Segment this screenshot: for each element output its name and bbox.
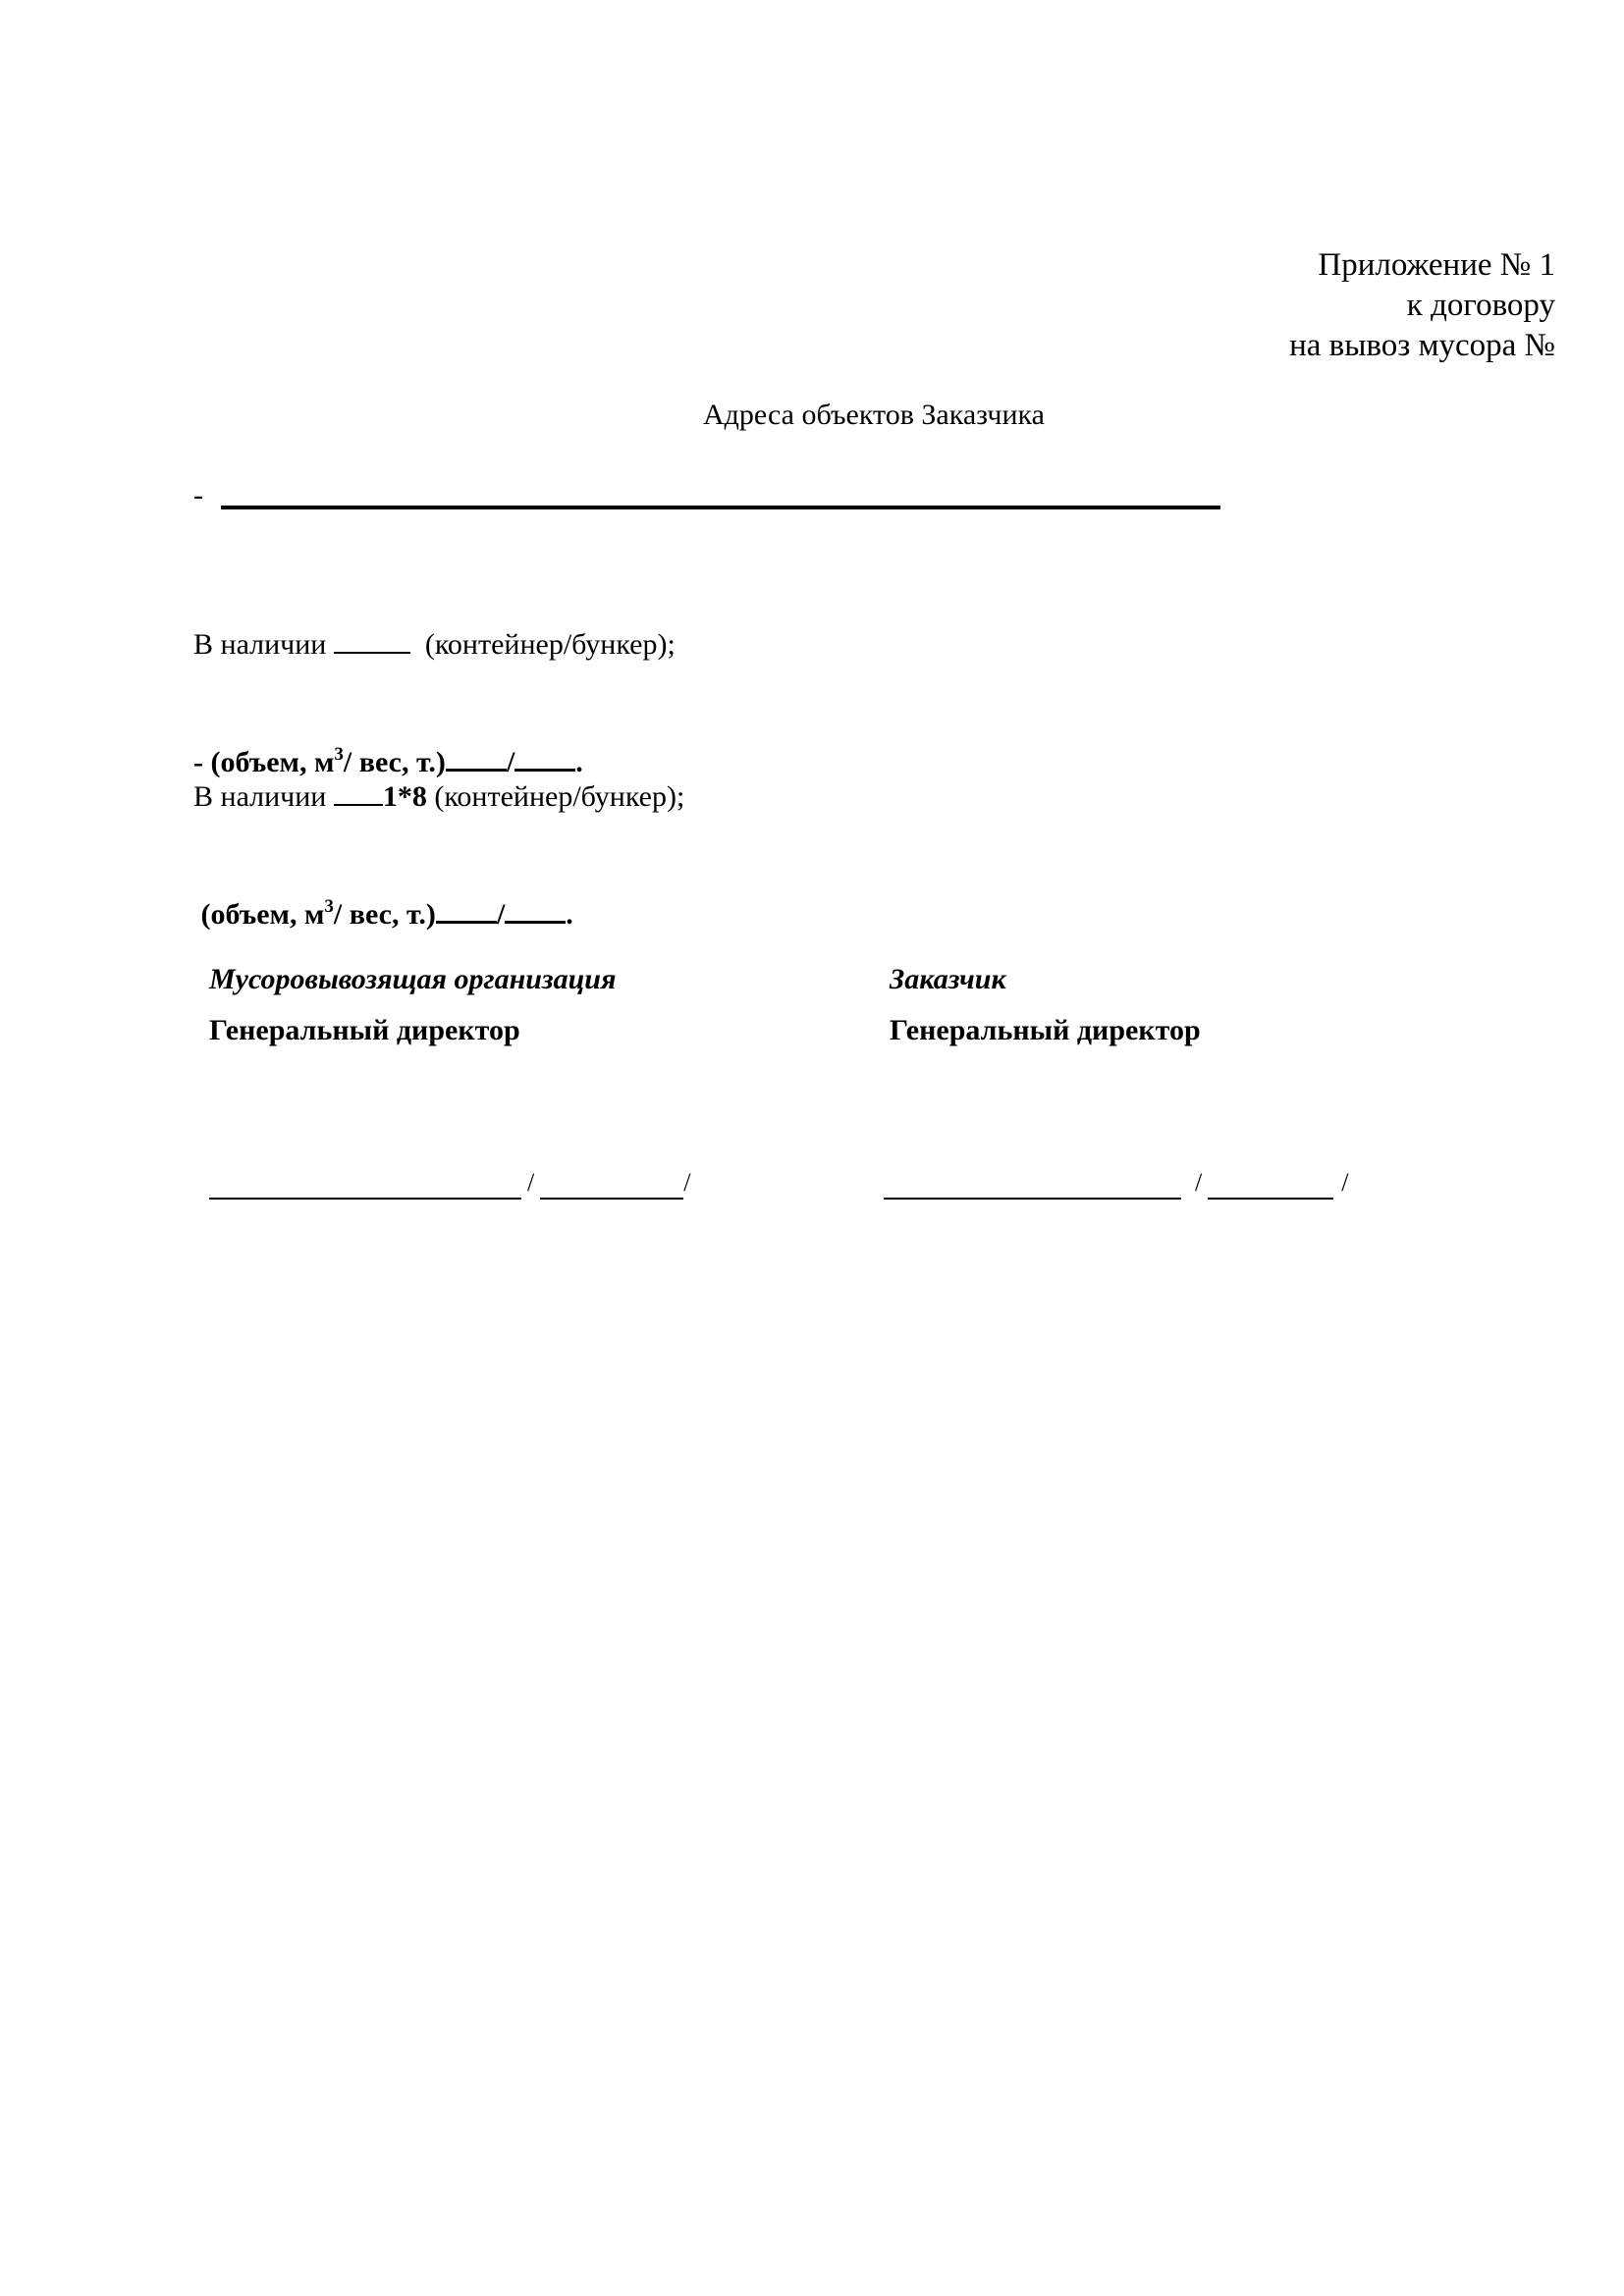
quantity-blank[interactable] bbox=[334, 780, 383, 806]
customer-position: Генеральный директор bbox=[890, 1011, 1201, 1050]
container-type-label: (контейнер/бункер); bbox=[425, 628, 676, 661]
separator: / bbox=[527, 1170, 534, 1196]
customer-signature-field[interactable] bbox=[884, 1198, 1181, 1200]
period: . bbox=[566, 898, 573, 931]
availability-line: В наличии 1*8 (контейнер/бункер); bbox=[193, 777, 684, 817]
separator: / bbox=[497, 898, 505, 931]
signature-block-carrier: Мусоровывозящая организация Генеральный … bbox=[209, 960, 616, 1050]
container-type-label: (контейнер/бункер); bbox=[434, 780, 684, 813]
customer-role: Заказчик bbox=[890, 960, 1201, 999]
quantity-value: 1*8 bbox=[383, 780, 427, 813]
carrier-position: Генеральный директор bbox=[209, 1011, 616, 1050]
address-row: - bbox=[193, 478, 1220, 513]
separator: / bbox=[1195, 1170, 1202, 1196]
separator-end: / bbox=[683, 1170, 690, 1196]
weight-label: / вес, т.) bbox=[334, 898, 436, 931]
customer-signature-line: / / bbox=[884, 1174, 1354, 1200]
availability-line: В наличии (контейнер/бункер); bbox=[193, 625, 676, 665]
customer-name-field[interactable] bbox=[1208, 1198, 1333, 1200]
carrier-signature-field[interactable] bbox=[209, 1198, 521, 1200]
appendix-header: Приложение № 1 к договору на вывоз мусор… bbox=[1289, 245, 1555, 366]
quantity-field[interactable] bbox=[334, 628, 410, 654]
appendix-number: Приложение № 1 bbox=[1289, 245, 1555, 286]
address-dash: - bbox=[193, 478, 203, 513]
carrier-signature-line: / / bbox=[209, 1174, 696, 1200]
carrier-role: Мусоровывозящая организация bbox=[209, 960, 616, 999]
document-page: Приложение № 1 к договору на вывоз мусор… bbox=[0, 0, 1624, 2296]
volume-field[interactable] bbox=[436, 897, 497, 924]
appendix-contract-ref: к договору bbox=[1289, 286, 1555, 326]
volume-label: (объем, м bbox=[193, 898, 324, 931]
availability-label: В наличии bbox=[193, 780, 326, 813]
cubic-superscript: 3 bbox=[324, 896, 334, 917]
availability-label: В наличии bbox=[193, 628, 326, 661]
address-field[interactable] bbox=[221, 506, 1220, 509]
appendix-contract-subject: на вывоз мусора № bbox=[1289, 326, 1555, 366]
carrier-name-field[interactable] bbox=[540, 1198, 683, 1200]
document-title: Адреса объектов Заказчика bbox=[0, 396, 1624, 435]
separator-end: / bbox=[1341, 1170, 1348, 1196]
weight-field[interactable] bbox=[505, 897, 566, 924]
signature-block-customer: Заказчик Генеральный директор bbox=[890, 960, 1201, 1050]
volume-weight-line: (объем, м3/ вес, т.)/. bbox=[193, 895, 684, 934]
